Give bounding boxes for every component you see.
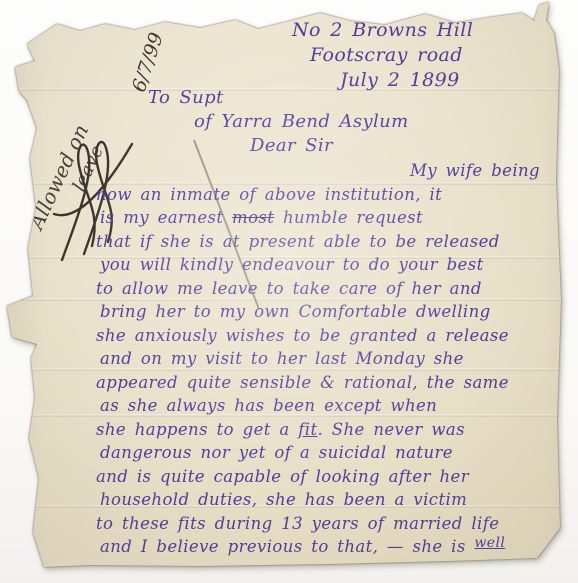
raised-word: well xyxy=(474,535,505,551)
letter-paper: Allowed on leave 6/7/99 No 2 Browns Hill… xyxy=(0,0,578,583)
body-line: dangerous nor yet of a suicidal nature xyxy=(100,441,548,465)
body-line: household duties, she has been a victim xyxy=(100,488,548,512)
body-line: and is quite capable of looking after he… xyxy=(96,465,548,489)
salutation-greeting: Dear Sir xyxy=(250,134,409,158)
body-line: she happens to get a fit. She never was xyxy=(96,418,548,442)
salutation-to: To Supt xyxy=(148,86,409,110)
salutation-block: To Supt of Yarra Bend Asylum Dear Sir xyxy=(148,86,409,158)
body-line-segment: she happens to get a xyxy=(96,420,298,439)
body-line-segment: . She never was xyxy=(318,420,465,439)
body-line: to these fits during 13 years of married… xyxy=(96,512,548,536)
letter-header: No 2 Browns Hill Footscray road July 2 1… xyxy=(292,18,550,93)
body-line-segment: humble request xyxy=(274,208,423,227)
body-line: bring her to my own Comfortable dwelling xyxy=(100,300,548,324)
annotation-date: 6/7/99 xyxy=(128,0,186,95)
body-line: now an inmate of above institution, it xyxy=(96,183,548,207)
paper-shadow: Allowed on leave 6/7/99 No 2 Browns Hill… xyxy=(0,0,578,583)
body-line: appeared quite sensible & rational, the … xyxy=(96,371,548,395)
address-line-1: No 2 Browns Hill xyxy=(292,18,550,43)
body-line: and I believe previous to that, — she is… xyxy=(100,535,548,561)
body-line: you will kindly endeavour to do your bes… xyxy=(100,253,548,277)
body-opening: My wife being xyxy=(96,159,548,183)
body-line: is my earnest most humble request xyxy=(100,206,548,230)
underlined-word: fit xyxy=(298,420,317,439)
salutation-institution: of Yarra Bend Asylum xyxy=(194,110,409,134)
body-line-segment: and I believe previous to that, — she is xyxy=(100,537,474,556)
struck-word: most xyxy=(232,208,274,227)
body-line-segment: is my earnest xyxy=(100,208,232,227)
body-line: that if she is at present able to be rel… xyxy=(96,230,548,254)
scan-background: Allowed on leave 6/7/99 No 2 Browns Hill… xyxy=(0,0,578,583)
letter-body: My wife being now an inmate of above ins… xyxy=(96,159,548,561)
address-line-2: Footscray road xyxy=(310,43,550,68)
body-line: to allow me leave to take care of her an… xyxy=(96,277,548,301)
body-line: as she always has been except when xyxy=(100,394,548,418)
body-line: and on my visit to her last Monday she xyxy=(100,347,548,371)
body-line: she anxiously wishes to be granted a rel… xyxy=(96,324,548,348)
